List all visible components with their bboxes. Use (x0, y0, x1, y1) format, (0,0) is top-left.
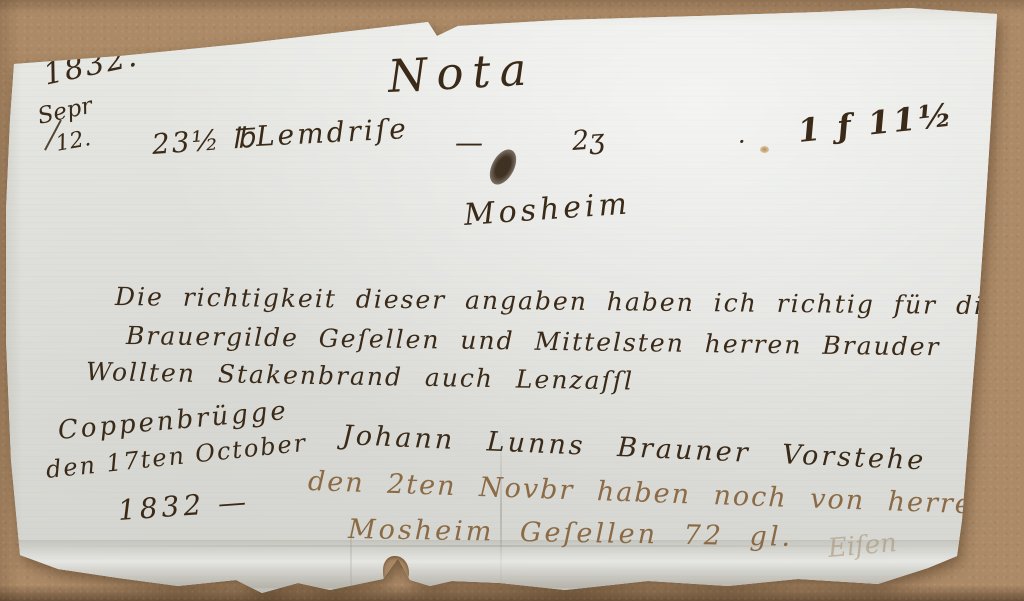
entry-amount-right: 1 ƒ 11½ (796, 96, 956, 150)
ink-blot (484, 145, 521, 189)
signature-line: Johann Lunns Brauner Vorstehe (341, 420, 927, 476)
body-line: Brauergilde Geſellen und Mittelsten herr… (126, 321, 941, 361)
postscript-ghost-word: Eiſen (827, 528, 898, 564)
paper-hole (383, 556, 409, 588)
paper-stain (760, 146, 769, 153)
margin-date-month: Sepr (35, 93, 94, 130)
addressee-name: Mosheim (463, 186, 632, 233)
document-title: Nota (387, 42, 537, 103)
entry-dash: — (455, 126, 483, 159)
body-line: Wollten Stakenbrand auch Lenzaſſl (86, 357, 635, 396)
entry-quantity: 23½ ℔ (151, 121, 258, 161)
postscript-line: Mosheim Geſellen 72 gl. (348, 514, 794, 553)
body-line: Die richtigkeit dieser angaben haben ich… (115, 282, 1001, 320)
place-year: 1832 — (117, 485, 251, 527)
entry-item: Lemdriſe (255, 112, 409, 153)
photo-of-document: { "photo": { "background_color": "#ac8a6… (0, 0, 1024, 601)
paper-shadow: 1832. Sepr 12. Nota 23½ ℔ Lemdriſe — 2ʒ … (0, 0, 1024, 601)
year-note: 1832. (40, 38, 141, 92)
paper: 1832. Sepr 12. Nota 23½ ℔ Lemdriſe — 2ʒ … (0, 0, 1024, 601)
entry-dot: · (738, 128, 746, 156)
entry-amount-mid: 2ʒ (571, 124, 606, 157)
margin-date-day: 12. (54, 126, 93, 157)
